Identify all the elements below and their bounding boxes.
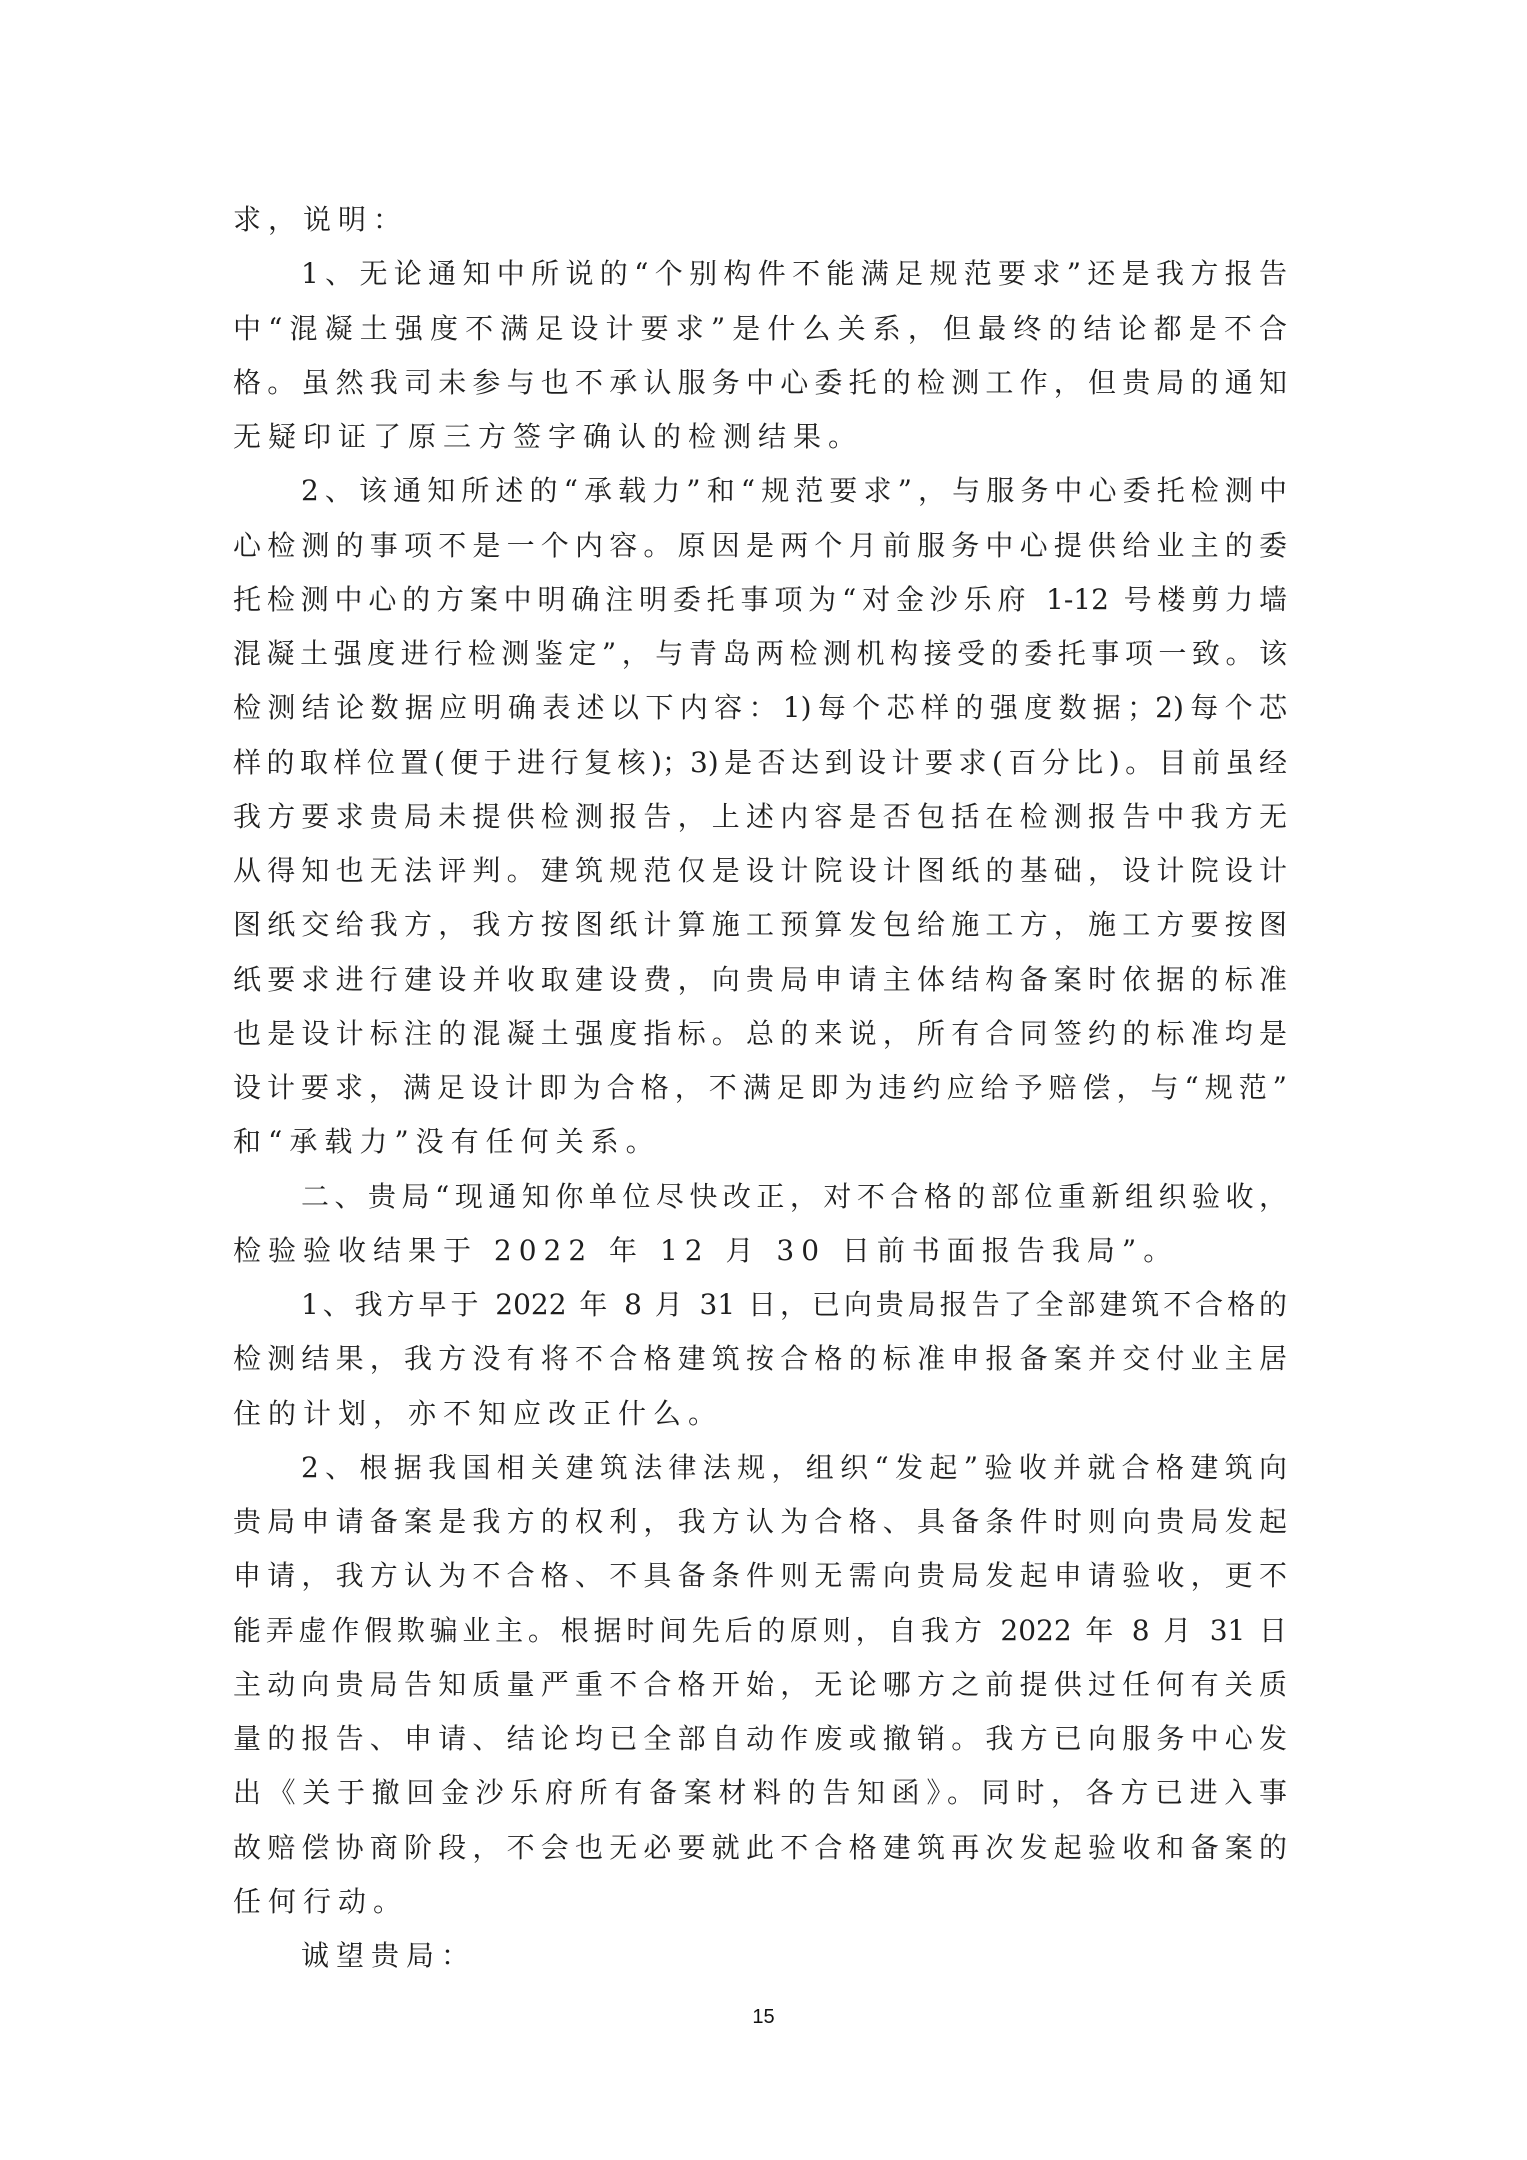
text-line: 贵局申请备案是我方的权利，我方认为合格、具备条件时则向贵局发起 bbox=[233, 1495, 1287, 1549]
text-line: 主动向贵局告知质量严重不合格开始，无论哪方之前提供过任何有关质 bbox=[233, 1658, 1287, 1712]
text-line: 任何行动。 bbox=[233, 1875, 1287, 1929]
text-line: 样的取样位置(便于进行复核)；3)是否达到设计要求(百分比)。目前虽经 bbox=[233, 736, 1287, 790]
text-line: 我方要求贵局未提供检测报告，上述内容是否包括在检测报告中我方无 bbox=[233, 790, 1287, 844]
text-line: 求，说明： bbox=[233, 193, 1287, 247]
text-line: 和“承载力”没有任何关系。 bbox=[233, 1115, 1287, 1169]
text-line: 诚望贵局： bbox=[233, 1929, 1287, 1983]
text-line: 图纸交给我方，我方按图纸计算施工预算发包给施工方，施工方要按图 bbox=[233, 898, 1287, 952]
text-line: 2、根据我国相关建筑法律法规，组织“发起”验收并就合格建筑向 bbox=[233, 1441, 1287, 1495]
text-line: 检测结果，我方没有将不合格建筑按合格的标准申报备案并交付业主居 bbox=[233, 1332, 1287, 1386]
text-line: 从得知也无法评判。建筑规范仅是设计院设计图纸的基础，设计院设计 bbox=[233, 844, 1287, 898]
text-line: 中“混凝土强度不满足设计要求”是什么关系，但最终的结论都是不合 bbox=[233, 302, 1287, 356]
text-line: 二、贵局“现通知你单位尽快改正，对不合格的部位重新组织验收， bbox=[233, 1170, 1287, 1224]
text-line: 能弄虚作假欺骗业主。根据时间先后的原则，自我方 2022 年 8 月 31 日 bbox=[233, 1604, 1287, 1658]
text-line: 住的计划，亦不知应改正什么。 bbox=[233, 1387, 1287, 1441]
page-number: 15 bbox=[0, 2006, 1527, 2029]
text-line: 纸要求进行建设并收取建设费，向贵局申请主体结构备案时依据的标准 bbox=[233, 953, 1287, 1007]
text-line: 2、该通知所述的“承载力”和“规范要求”，与服务中心委托检测中 bbox=[233, 464, 1287, 518]
text-line: 无疑印证了原三方签字确认的检测结果。 bbox=[233, 410, 1287, 464]
text-line: 也是设计标注的混凝土强度指标。总的来说，所有合同签约的标准均是 bbox=[233, 1007, 1287, 1061]
text-line: 混凝土强度进行检测鉴定”，与青岛两检测机构接受的委托事项一致。该 bbox=[233, 627, 1287, 681]
text-line: 故赔偿协商阶段，不会也无必要就此不合格建筑再次发起验收和备案的 bbox=[233, 1821, 1287, 1875]
text-line: 量的报告、申请、结论均已全部自动作废或撤销。我方已向服务中心发 bbox=[233, 1712, 1287, 1766]
text-line: 心检测的事项不是一个内容。原因是两个月前服务中心提供给业主的委 bbox=[233, 519, 1287, 573]
text-line: 1、我方早于 2022 年 8 月 31 日，已向贵局报告了全部建筑不合格的 bbox=[233, 1278, 1287, 1332]
text-line: 设计要求，满足设计即为合格，不满足即为违约应给予赔偿，与“规范” bbox=[233, 1061, 1287, 1115]
text-line: 检测结论数据应明确表述以下内容：1)每个芯样的强度数据；2)每个芯 bbox=[233, 681, 1287, 735]
text-line: 格。虽然我司未参与也不承认服务中心委托的检测工作，但贵局的通知 bbox=[233, 356, 1287, 410]
text-line: 检验验收结果于 2022 年 12 月 30 日前书面报告我局”。 bbox=[233, 1224, 1287, 1278]
text-line: 托检测中心的方案中明确注明委托事项为“对金沙乐府 1-12 号楼剪力墙 bbox=[233, 573, 1287, 627]
body-text: 求，说明： 1、无论通知中所说的“个别构件不能满足规范要求”还是我方报告 中“混… bbox=[233, 193, 1287, 1983]
text-line: 申请，我方认为不合格、不具备条件则无需向贵局发起申请验收，更不 bbox=[233, 1549, 1287, 1603]
document-page: 求，说明： 1、无论通知中所说的“个别构件不能满足规范要求”还是我方报告 中“混… bbox=[0, 0, 1527, 2160]
text-line: 1、无论通知中所说的“个别构件不能满足规范要求”还是我方报告 bbox=[233, 247, 1287, 301]
text-line: 出《关于撤回金沙乐府所有备案材料的告知函》。同时，各方已进入事 bbox=[233, 1766, 1287, 1820]
